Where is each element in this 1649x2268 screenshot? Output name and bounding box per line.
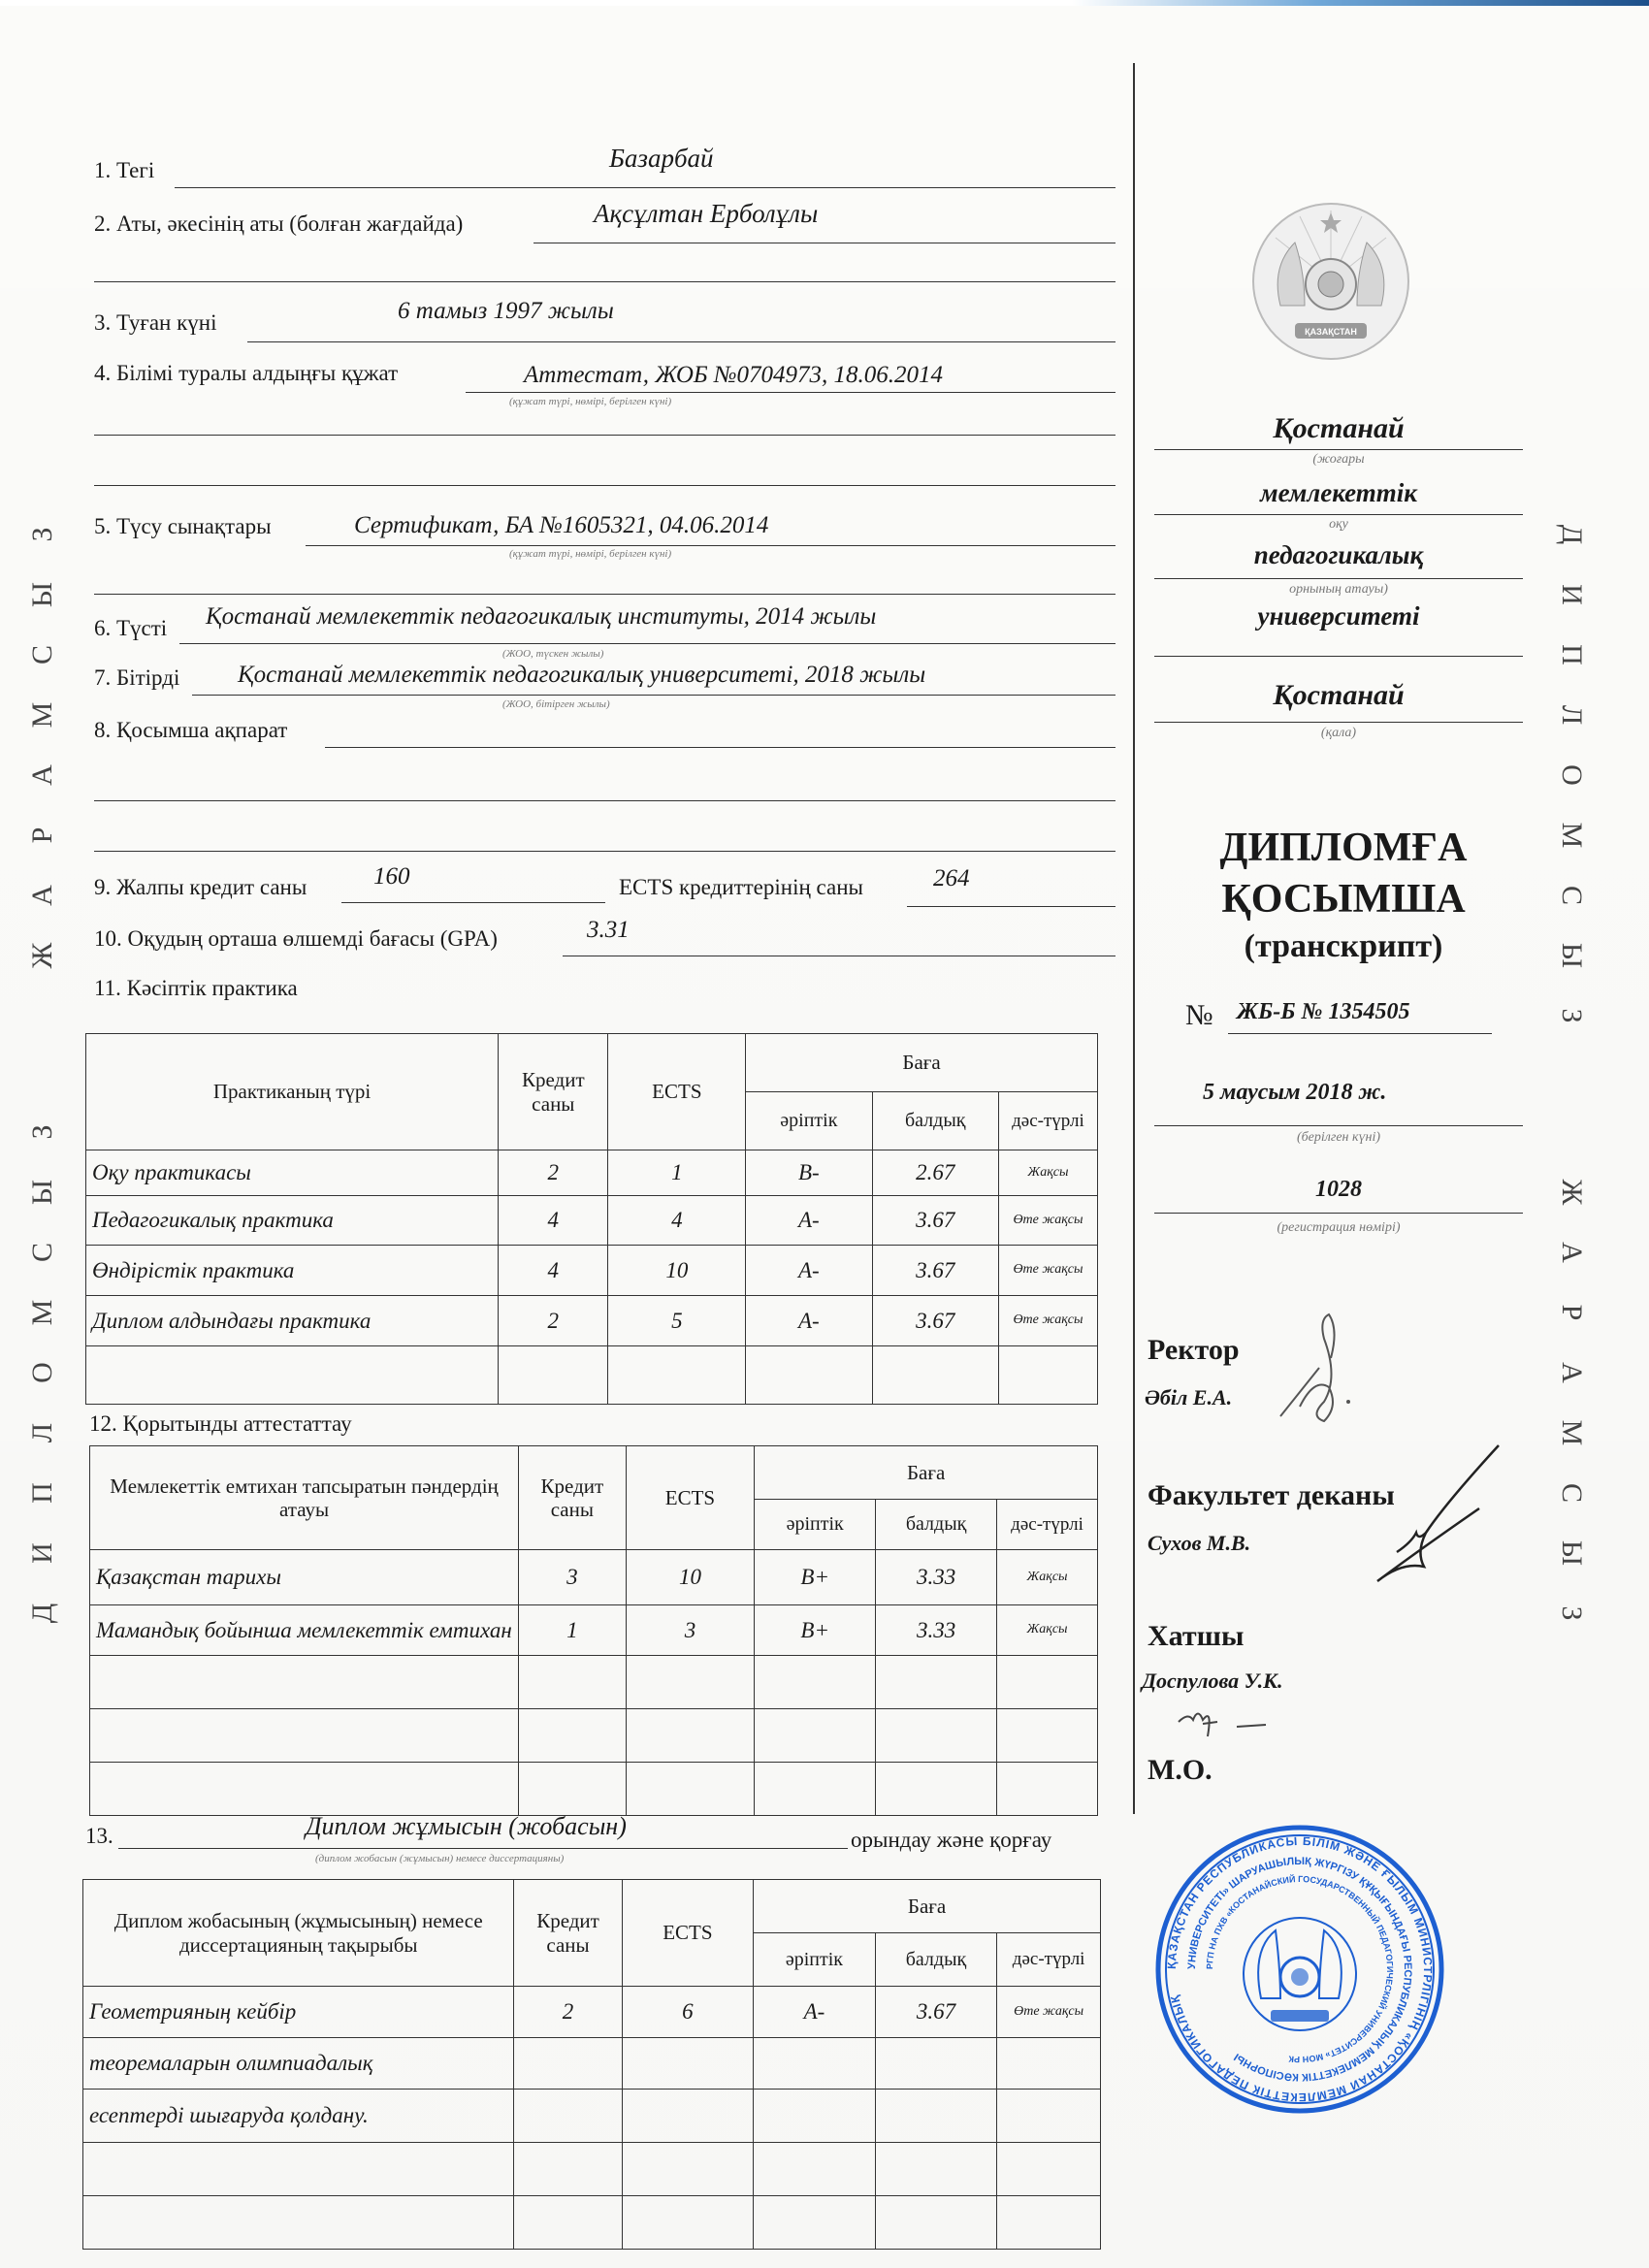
cell-traditional [997, 2038, 1101, 2090]
cell-ects [626, 1656, 755, 1709]
surname-label: 1. Тегі [94, 158, 154, 183]
thesis-row [83, 2143, 1101, 2196]
side-letter: Ы [1541, 936, 1601, 975]
side-letter: А [1541, 1353, 1601, 1392]
cell-letter: A- [746, 1246, 872, 1296]
side-watermark-left: ЗЫСМАРАЖЗЫСМОЛПИД [23, 504, 62, 1643]
cell-credits [514, 2090, 622, 2143]
col-exam-name: Мемлекеттік емтихан тапсыратын пәндердің… [90, 1446, 519, 1550]
institution-hint2: оқу [1154, 517, 1523, 533]
cell-ects: 10 [626, 1550, 755, 1605]
col-traditional: дәс-түрлі [997, 1500, 1098, 1550]
cell-ects [622, 2090, 754, 2143]
cell-traditional: Өте жақсы [997, 1987, 1101, 2038]
side-letter: З [13, 1113, 73, 1151]
cell-letter: A- [746, 1296, 872, 1346]
col-ects: ECTS [622, 1880, 754, 1987]
cell-points: 2.67 [872, 1150, 998, 1196]
thesis-row: теоремаларын олимпиадалық [83, 2038, 1101, 2090]
birth-date-label: 3. Туған күні [94, 310, 216, 336]
cell-credits [499, 1346, 608, 1405]
cell-name [90, 1763, 519, 1816]
side-letter: С [1541, 1474, 1601, 1512]
side-letter: А [1541, 1233, 1601, 1272]
cell-ects: 10 [608, 1246, 746, 1296]
thesis-heading-number: 13. [85, 1824, 113, 1849]
thesis-row: есептерді шығаруда қолдану. [83, 2090, 1101, 2143]
entrance-exams-label: 5. Түсу сынақтары [94, 514, 272, 539]
cell-traditional [997, 2143, 1101, 2196]
secretary-title: Хатшы [1148, 1620, 1244, 1653]
cell-points [875, 2038, 997, 2090]
cell-name: Диплом алдындағы практика [86, 1296, 499, 1346]
cell-points [876, 1656, 997, 1709]
side-letter: Л [1541, 696, 1601, 734]
col-letter: әріптік [746, 1092, 872, 1150]
cell-letter [754, 2090, 876, 2143]
cell-letter [754, 2196, 876, 2250]
cell-ects: 6 [622, 1987, 754, 2038]
graduated-label: 7. Бітірді [94, 665, 179, 691]
cell-credits: 4 [499, 1246, 608, 1296]
side-letter: Р [13, 816, 73, 855]
cell-name: Педагогикалық практика [86, 1196, 499, 1246]
institution-hint1: (жоғары [1154, 452, 1523, 468]
cell-points: 3.33 [876, 1550, 997, 1605]
attestation-row [90, 1709, 1098, 1763]
side-letter: Л [13, 1413, 73, 1452]
cell-credits: 1 [519, 1605, 627, 1656]
side-letter: З [1541, 1594, 1601, 1633]
side-letter: Д [13, 1594, 73, 1633]
cell-letter [746, 1346, 872, 1405]
cell-letter: B- [746, 1150, 872, 1196]
entered-value: Қостанай мемлекеттік педагогикалық инсти… [206, 603, 876, 631]
cell-ects [622, 2143, 754, 2196]
side-letter: С [1541, 876, 1601, 915]
col-points: балдық [875, 1933, 997, 1987]
cell-name: теоремаларын олимпиадалық [83, 2038, 514, 2090]
col-points: балдық [872, 1092, 998, 1150]
thesis-heading-hint: (диплом жобасын (жұмысын) немесе диссерт… [315, 1853, 564, 1864]
dean-name: Сухов М.В. [1148, 1531, 1250, 1556]
seal-place-label: М.О. [1148, 1754, 1212, 1787]
cell-name [90, 1656, 519, 1709]
cell-ects: 4 [608, 1196, 746, 1246]
practice-row: Оқу практикасы21B-2.67Жақсы [86, 1150, 1098, 1196]
cell-letter [754, 2038, 876, 2090]
side-letter: А [13, 876, 73, 915]
col-traditional: дәс-түрлі [997, 1933, 1101, 1987]
surname-value: Базарбай [609, 144, 714, 174]
number-value: ЖБ-Б № 1354505 [1237, 999, 1409, 1025]
cell-name: Өндірістік практика [86, 1246, 499, 1296]
col-grade: Баға [754, 1880, 1101, 1933]
cell-ects [608, 1346, 746, 1405]
side-letter: О [1541, 756, 1601, 794]
gpa-label: 10. Оқудың орташа өлшемді бағасы (GPA) [94, 926, 498, 952]
cell-points [875, 2090, 997, 2143]
issue-date-value: 5 маусым 2018 ж. [1203, 1080, 1386, 1106]
side-letter [1513, 1085, 1630, 1123]
title-line3: (транскрипт) [1154, 928, 1533, 965]
side-letter: З [1541, 996, 1601, 1035]
cell-points: 3.67 [872, 1246, 998, 1296]
side-letter: Р [1541, 1293, 1601, 1332]
thesis-table: Диплом жобасының (жұмысының) немесе дисс… [82, 1879, 1101, 2250]
side-letter: Ы [13, 1173, 73, 1212]
side-letter: М [13, 1293, 73, 1332]
institution-line1: Қостанай [1154, 412, 1523, 445]
practice-row: Педагогикалық практика44A-3.67Өте жақсы [86, 1196, 1098, 1246]
cell-name [83, 2196, 514, 2250]
side-letter: А [13, 756, 73, 794]
cell-ects [622, 2038, 754, 2090]
cell-points [876, 1763, 997, 1816]
page-divider [1133, 63, 1135, 1814]
rector-title: Ректор [1148, 1334, 1240, 1367]
cell-name: Қазақстан тарихы [90, 1550, 519, 1605]
attestation-row: Мамандық бойынша мемлекеттік емтихан13B+… [90, 1605, 1098, 1656]
col-credits: Кредит саны [519, 1446, 627, 1550]
cell-points: 3.67 [872, 1196, 998, 1246]
side-letter: Ы [1541, 1534, 1601, 1572]
cell-name: Оқу практикасы [86, 1150, 499, 1196]
entrance-exams-hint: (құжат түрі, нөмірі, берілген күні) [509, 548, 671, 560]
col-ects: ECTS [608, 1034, 746, 1150]
cell-traditional: Өте жақсы [998, 1246, 1097, 1296]
side-letter: Д [1541, 515, 1601, 554]
cell-letter: A- [746, 1196, 872, 1246]
cell-credits: 3 [519, 1550, 627, 1605]
entrance-exams-value: Сертификат, БА №1605321, 04.06.2014 [354, 512, 768, 539]
cell-name: Мамандық бойынша мемлекеттік емтихан [90, 1605, 519, 1656]
title-line2: ҚОСЫМША [1154, 876, 1533, 923]
total-credits-value: 160 [373, 863, 410, 891]
cell-traditional: Өте жақсы [998, 1296, 1097, 1346]
graduated-hint: (ЖОО, бітірген жылы) [502, 698, 610, 710]
attestation-row [90, 1763, 1098, 1816]
cell-points [875, 2143, 997, 2196]
cell-traditional [998, 1346, 1097, 1405]
side-watermark-right: ДИПЛОМСЫЗЖАРАМСЫЗ [1552, 504, 1591, 1643]
cell-traditional: Өте жақсы [998, 1196, 1097, 1246]
cell-letter [755, 1709, 876, 1763]
cell-credits [519, 1709, 627, 1763]
side-letter: И [1541, 575, 1601, 614]
cell-credits [514, 2143, 622, 2196]
cell-points [875, 2196, 997, 2250]
attestation-row: Қазақстан тарихы310B+3.33Жақсы [90, 1550, 1098, 1605]
reg-number-value: 1028 [1154, 1177, 1523, 1203]
institution-city-hint: (қала) [1154, 726, 1523, 741]
gpa-value: 3.31 [587, 917, 630, 944]
thesis-heading-value: Диплом жұмысын (жобасын) [306, 1812, 627, 1841]
side-letter: Ж [1541, 1173, 1601, 1212]
thesis-row [83, 2196, 1101, 2250]
ects-credits-label: ECTS кредиттерінің саны [619, 875, 863, 900]
col-letter: әріптік [754, 1933, 876, 1987]
cell-points: 3.33 [876, 1605, 997, 1656]
entered-label: 6. Түсті [94, 616, 167, 641]
institution-line4: университеті [1154, 601, 1523, 632]
cell-name: есептерді шығаруда қолдану. [83, 2090, 514, 2143]
practice-row: Өндірістік практика410A-3.67Өте жақсы [86, 1246, 1098, 1296]
cell-points: 3.67 [875, 1987, 997, 2038]
col-ects: ECTS [626, 1446, 755, 1550]
attestation-heading: 12. Қорытынды аттестаттау [89, 1411, 352, 1437]
graduated-value: Қостанай мемлекеттік педагогикалық униве… [238, 662, 925, 689]
col-thesis-topic: Диплом жобасының (жұмысының) немесе дисс… [83, 1880, 514, 1987]
cell-name [90, 1709, 519, 1763]
state-emblem-icon: ҚАЗАҚСТАН [1251, 199, 1411, 364]
cell-letter: B+ [755, 1605, 876, 1656]
cell-points: 3.67 [872, 1296, 998, 1346]
col-grade: Баға [746, 1034, 1098, 1092]
institution-line3: педагогикалық [1154, 540, 1523, 570]
attestation-row [90, 1656, 1098, 1709]
total-credits-label: 9. Жалпы кредит саны [94, 875, 307, 900]
practice-row: Диплом алдындағы практика25A-3.67Өте жақ… [86, 1296, 1098, 1346]
entered-hint: (ЖОО, түскен жылы) [502, 648, 603, 660]
cell-traditional [997, 2196, 1101, 2250]
col-credits: Кредит саны [499, 1034, 608, 1150]
cell-letter: B+ [755, 1550, 876, 1605]
institution-line2: мемлекеттік [1154, 478, 1523, 508]
rector-name: Әбіл Е.А. [1145, 1385, 1232, 1410]
attestation-table: Мемлекеттік емтихан тапсыратын пәндердің… [89, 1445, 1098, 1816]
cell-ects [626, 1709, 755, 1763]
cell-traditional [997, 1709, 1098, 1763]
col-credits: Кредит саны [514, 1880, 622, 1987]
cell-letter [755, 1656, 876, 1709]
side-letter: Ж [13, 936, 73, 975]
side-letter: С [13, 1233, 73, 1272]
cell-ects [626, 1763, 755, 1816]
side-letter: П [13, 1474, 73, 1512]
col-traditional: дәс-түрлі [998, 1092, 1097, 1150]
cell-ects: 3 [626, 1605, 755, 1656]
cell-traditional: Жақсы [997, 1550, 1098, 1605]
svg-text:ҚАЗАҚСТАН: ҚАЗАҚСТАН [1305, 327, 1357, 337]
additional-info-label: 8. Қосымша ақпарат [94, 718, 287, 743]
cell-credits: 2 [514, 1987, 622, 2038]
title-line1: ДИПЛОМҒА [1154, 825, 1533, 871]
side-letter: З [13, 515, 73, 554]
side-letter: П [1541, 635, 1601, 674]
cell-name [83, 2143, 514, 2196]
secretary-signature-icon [1174, 1702, 1280, 1741]
cell-credits [519, 1763, 627, 1816]
rector-signature-icon [1271, 1310, 1377, 1436]
cell-points [872, 1346, 998, 1405]
cell-ects: 5 [608, 1296, 746, 1346]
col-grade: Баға [755, 1446, 1098, 1500]
cell-name [86, 1346, 499, 1405]
side-letter: И [13, 1534, 73, 1572]
cell-letter [754, 2143, 876, 2196]
cell-credits: 4 [499, 1196, 608, 1246]
side-letter: О [13, 1353, 73, 1392]
issue-date-hint: (берілген күні) [1154, 1130, 1523, 1146]
cell-traditional [997, 1656, 1098, 1709]
secretary-name: Доспулова У.К. [1142, 1669, 1283, 1694]
thesis-heading-suffix: орындау және қорғау [851, 1828, 1051, 1853]
cell-letter: A- [754, 1987, 876, 2038]
practice-table: Практиканың түрі Кредит саны ECTS Баға ә… [85, 1033, 1098, 1405]
birth-date-value: 6 тамыз 1997 жылы [398, 298, 614, 325]
name-label: 2. Аты, әкесінің аты (болған жағдайда) [94, 211, 463, 237]
prev-doc-hint: (құжат түрі, нөмірі, берілген күні) [509, 396, 671, 407]
prev-doc-value: Аттестат, ЖОБ №0704973, 18.06.2014 [524, 362, 943, 389]
cell-credits [514, 2196, 622, 2250]
side-letter: М [1541, 816, 1601, 855]
practice-row [86, 1346, 1098, 1405]
thesis-row: Геометрияның кейбір26A-3.67Өте жақсы [83, 1987, 1101, 2038]
side-letter: С [13, 635, 73, 674]
institution-hint3: орнының атауы) [1154, 582, 1523, 598]
cell-name: Геометрияның кейбір [83, 1987, 514, 2038]
side-letter: М [1541, 1413, 1601, 1452]
number-symbol: № [1185, 999, 1213, 1032]
side-letter: Ы [13, 575, 73, 614]
university-seal-icon: ҚАЗАҚСТАН РЕСПУБЛИКАСЫ БІЛІМ ЖӘНЕ ҒЫЛЫМ … [1154, 1824, 1445, 2115]
col-points: балдық [876, 1500, 997, 1550]
name-value: Ақсұлтан Ерболұлы [594, 199, 818, 229]
ects-credits-value: 264 [933, 865, 970, 892]
prev-doc-label: 4. Білімі туралы алдыңғы құжат [94, 361, 398, 386]
cell-ects [622, 2196, 754, 2250]
cell-ects: 1 [608, 1150, 746, 1196]
reg-number-hint: (регистрация нөмірі) [1154, 1220, 1523, 1236]
cell-traditional [997, 2090, 1101, 2143]
practice-heading: 11. Кәсіптік практика [94, 976, 298, 1001]
cell-points [876, 1709, 997, 1763]
dean-signature-icon [1358, 1436, 1513, 1591]
institution-city: Қостанай [1154, 679, 1523, 712]
col-letter: әріптік [755, 1500, 876, 1550]
cell-credits: 2 [499, 1296, 608, 1346]
cell-credits [514, 2038, 622, 2090]
cell-credits [519, 1656, 627, 1709]
cell-traditional: Жақсы [998, 1150, 1097, 1196]
cell-letter [755, 1763, 876, 1816]
cell-credits: 2 [499, 1150, 608, 1196]
col-practice-type: Практиканың түрі [86, 1034, 499, 1150]
cell-traditional [997, 1763, 1098, 1816]
cell-traditional: Жақсы [997, 1605, 1098, 1656]
side-letter: М [13, 696, 73, 734]
